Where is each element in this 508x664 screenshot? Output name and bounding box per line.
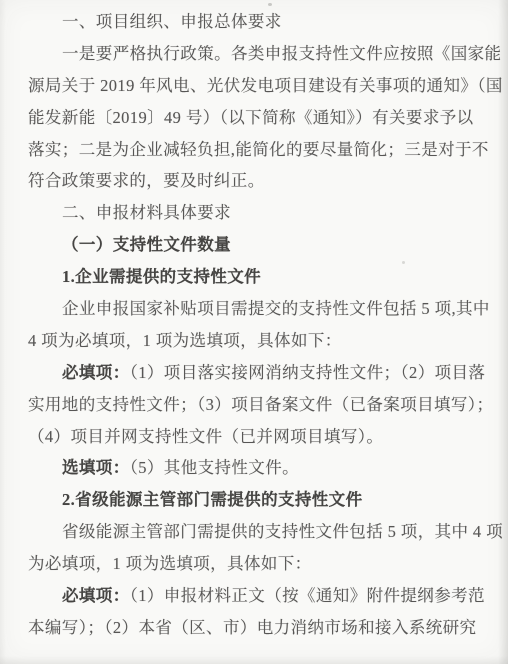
- text-line: 二、申报材料具体要求: [28, 197, 482, 229]
- text-line: 为必填项，1 项为选填项，具体如下：: [28, 548, 482, 580]
- text-line: （4）项目并网支持性文件（已并网项目填写）。: [28, 421, 482, 453]
- bold-text-segment: （一）支持性文件数量: [62, 235, 231, 254]
- text-segment: （5）其他支持性文件。: [130, 458, 299, 477]
- text-segment: 二、申报材料具体要求: [62, 203, 231, 222]
- bold-text-segment: 必填项：: [62, 363, 130, 382]
- bold-text-segment: 必填项：: [62, 586, 130, 605]
- text-line: （一）支持性文件数量: [28, 229, 482, 261]
- bold-text-segment: 2.省级能源主管部门需提供的支持性文件: [62, 490, 362, 509]
- text-line: 本编写）；（2）本省（区、市）电力消纳市场和接入系统研究: [28, 612, 482, 644]
- text-line: 符合政策要求的，要及时纠正。: [28, 165, 482, 197]
- text-segment: 实用地的支持性文件；（3）项目备案文件（已备案项目填写）；: [28, 395, 493, 414]
- text-line: 源局关于 2019 年风电、光伏发电项目建设有关事项的通知》（国: [28, 70, 482, 102]
- text-segment: （1）申报材料正文（按《通知》附件提纲参考范: [130, 586, 485, 605]
- scanned-document-page: 一、项目组织、申报总体要求一是要严格执行政策。各类申报支持性文件应按照《国家能源…: [0, 0, 508, 664]
- text-line: 必填项：（1）申报材料正文（按《通知》附件提纲参考范: [28, 580, 482, 612]
- text-segment: 能发新能〔2019〕49 号）（以下简称《通知》）有关要求予以: [28, 108, 474, 127]
- bold-text-segment: 选填项：: [62, 458, 130, 477]
- text-line: 1.企业需提供的支持性文件: [28, 261, 482, 293]
- text-line: 一是要严格执行政策。各类申报支持性文件应按照《国家能: [28, 38, 482, 70]
- text-segment: 源局关于 2019 年风电、光伏发电项目建设有关事项的通知》（国: [28, 76, 503, 95]
- text-line: 企业申报国家补贴项目需提交的支持性文件包括 5 项,其中: [28, 293, 482, 325]
- text-segment: 企业申报国家补贴项目需提交的支持性文件包括 5 项,其中: [62, 299, 490, 318]
- text-line: 落实；二是为企业减轻负担,能简化的要尽量简化；三是对于不: [28, 134, 482, 166]
- text-line: 2.省级能源主管部门需提供的支持性文件: [28, 484, 482, 516]
- bold-text-segment: 1.企业需提供的支持性文件: [62, 267, 261, 286]
- text-line: 必填项：（1）项目落实接网消纳支持性文件；（2）项目落: [28, 357, 482, 389]
- text-line: 能发新能〔2019〕49 号）（以下简称《通知》）有关要求予以: [28, 102, 482, 134]
- text-line: 一、项目组织、申报总体要求: [28, 6, 482, 38]
- text-segment: 为必填项，1 项为选填项，具体如下：: [28, 554, 312, 573]
- text-line: 实用地的支持性文件；（3）项目备案文件（已备案项目填写）；: [28, 389, 482, 421]
- text-segment: 4 项为必填项，1 项为选填项，具体如下：: [28, 331, 342, 350]
- text-line: 4 项为必填项，1 项为选填项，具体如下：: [28, 325, 482, 357]
- text-segment: 符合政策要求的，要及时纠正。: [28, 171, 265, 190]
- text-segment: 一是要严格执行政策。各类申报支持性文件应按照《国家能: [62, 44, 501, 63]
- text-segment: 落实；二是为企业减轻负担,能简化的要尽量简化；三是对于不: [28, 140, 489, 159]
- text-segment: （4）项目并网支持性文件（已并网项目填写）。: [28, 427, 383, 446]
- document-lines: 一、项目组织、申报总体要求一是要严格执行政策。各类申报支持性文件应按照《国家能源…: [28, 6, 482, 644]
- text-line: 选填项：（5）其他支持性文件。: [28, 452, 482, 484]
- text-segment: 一、项目组织、申报总体要求: [62, 12, 282, 31]
- text-segment: （1）项目落实接网消纳支持性文件；（2）项目落: [130, 363, 486, 382]
- text-segment: 省级能源主管部门需提供的支持性文件包括 5 项，其中 4 项: [62, 522, 503, 541]
- text-segment: 本编写）；（2）本省（区、市）电力消纳市场和接入系统研究: [28, 618, 476, 637]
- text-line: 省级能源主管部门需提供的支持性文件包括 5 项，其中 4 项: [28, 516, 482, 548]
